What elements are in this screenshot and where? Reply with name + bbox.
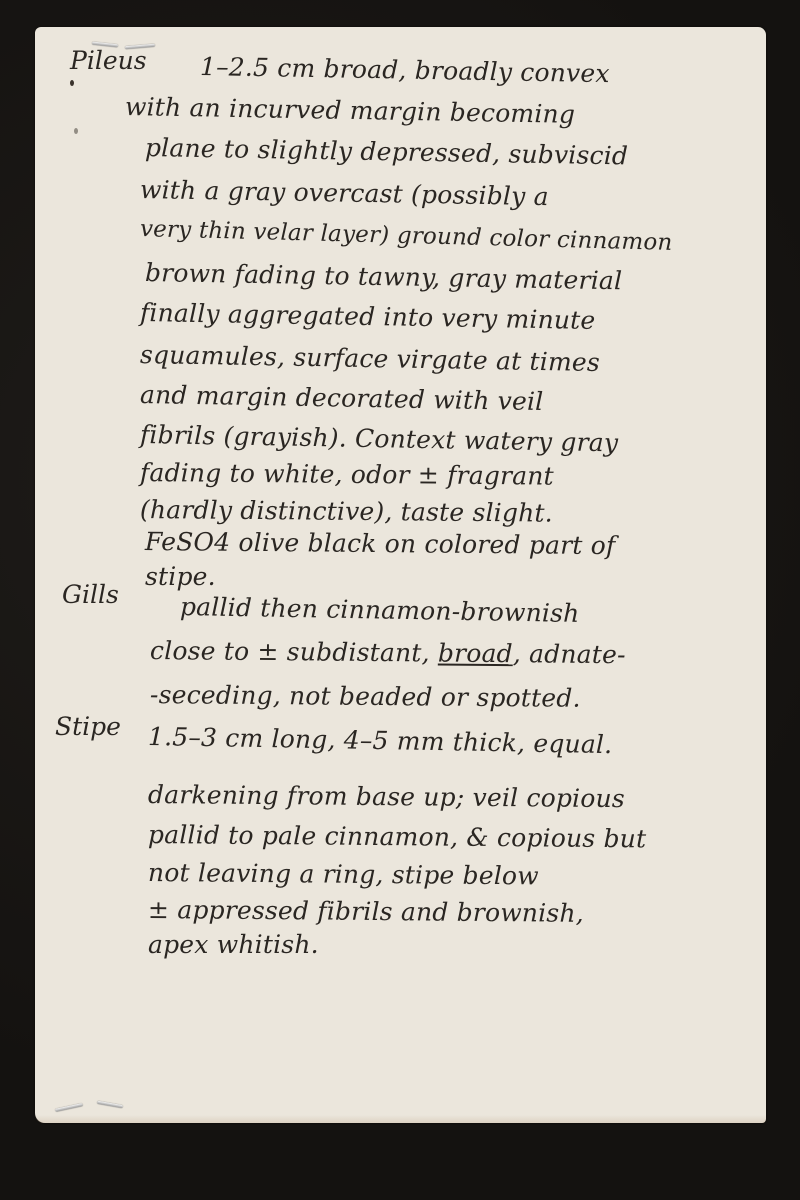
text-line: apex whitish. [148, 930, 319, 959]
text-line: darkening from base up; veil copious [148, 780, 625, 813]
text-fragment: close to ± subdistant, [150, 636, 438, 668]
section-label-pileus: Pileus [70, 46, 147, 75]
text-line: stipe. [145, 562, 216, 591]
punch-mark [74, 128, 78, 134]
text-line: not leaving a ring, stipe below [148, 858, 539, 890]
text-fragment: , adnate- [513, 639, 626, 669]
underlined-word: broad [438, 639, 513, 669]
text-line: close to ± subdistant, broad, adnate- [150, 636, 626, 669]
text-line: ± appressed fibrils and brownish, [148, 895, 584, 928]
section-label-gills: Gills [62, 580, 119, 609]
text-line: -seceding, not beaded or spotted. [150, 680, 581, 713]
text-line: pallid to pale cinnamon, & copious but [148, 820, 647, 853]
punch-mark [70, 80, 74, 86]
section-label-stipe: Stipe [55, 712, 121, 741]
text-line: (hardly distinctive), taste slight. [140, 495, 553, 528]
text-line: FeSO4 olive black on colored part of [145, 527, 616, 560]
text-line: fading to white, odor ± fragrant [140, 458, 554, 491]
